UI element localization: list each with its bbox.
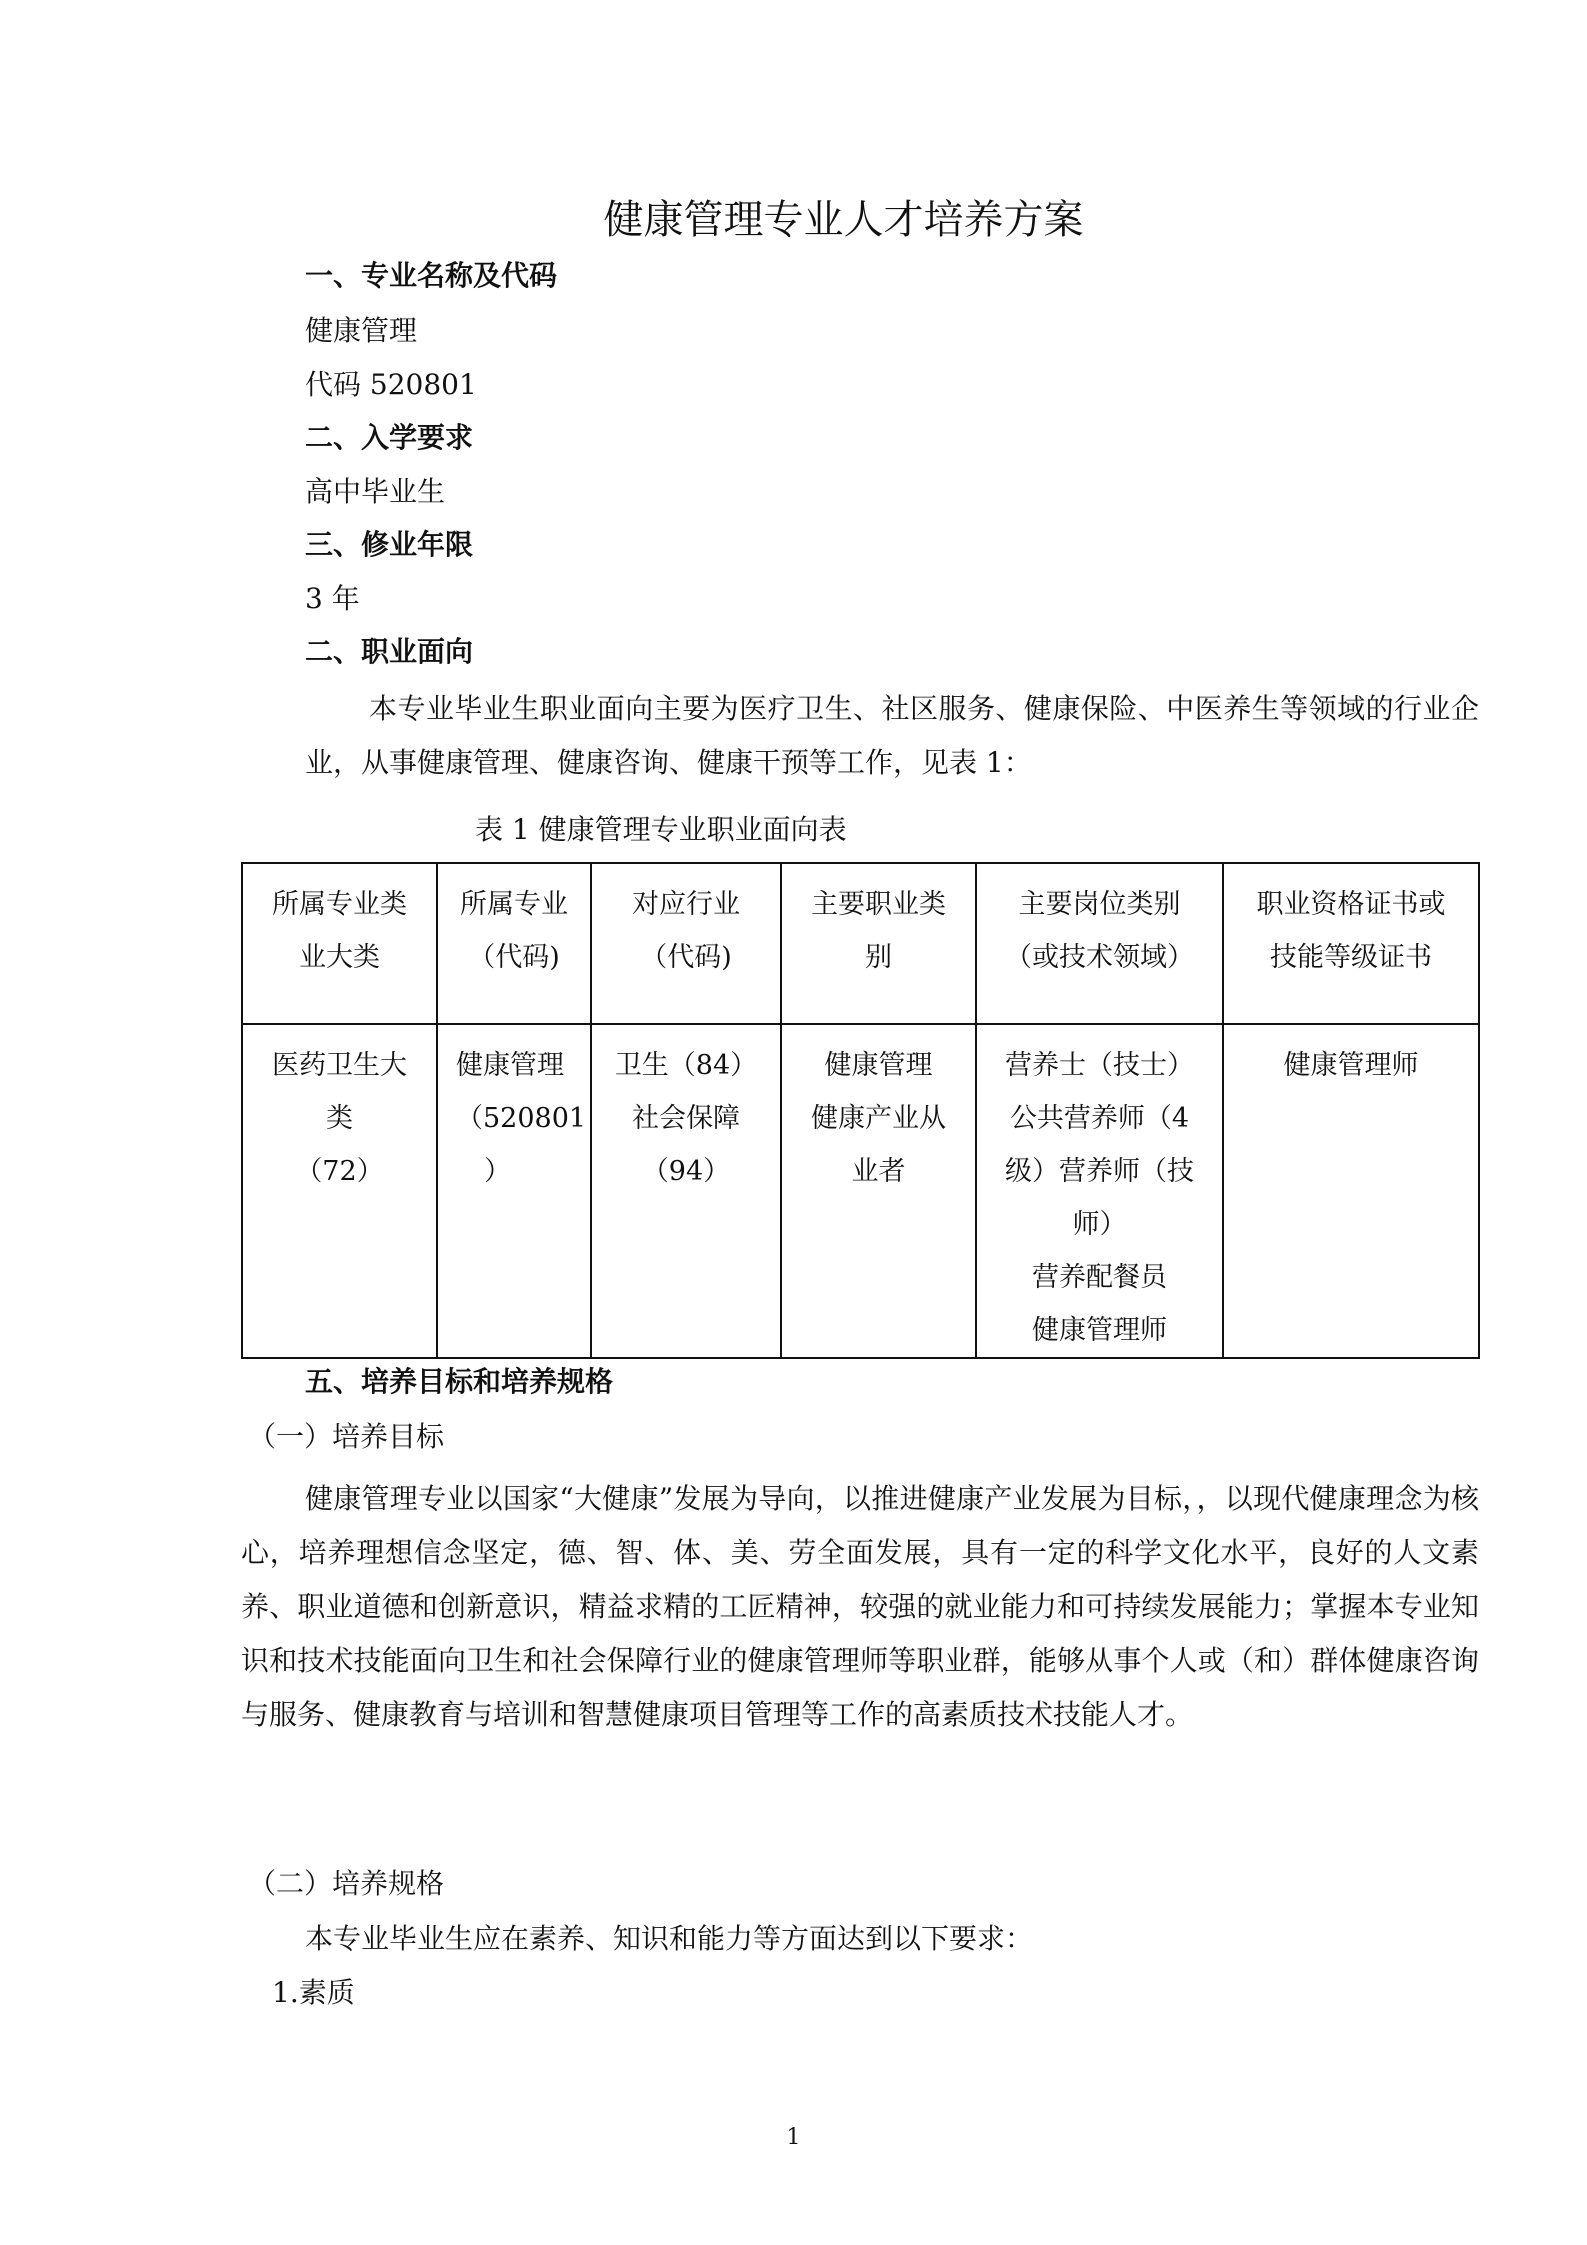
subsection-training-spec: （二）培养规格 xyxy=(248,1866,444,1902)
major-name: 健康管理 xyxy=(305,313,417,349)
header-cell: 职业资格证书或技能等级证书 xyxy=(1223,863,1479,1024)
table-cell-positions: 营养士（技士）公共营养师（4级）营养师（技师）营养配餐员健康管理师 xyxy=(976,1024,1223,1358)
section-4-heading: 二、职业面向 xyxy=(305,634,473,670)
header-cell: 主要岗位类别（或技术领域） xyxy=(976,863,1223,1024)
section-5-heading: 五、培养目标和培养规格 xyxy=(305,1364,613,1400)
table-caption: 表 1 健康管理专业职业面向表 xyxy=(475,812,847,848)
admission-requirement: 高中毕业生 xyxy=(305,474,445,510)
header-cell: 所属专业类业大类 xyxy=(242,863,437,1024)
table-cell-certificate: 健康管理师 xyxy=(1223,1024,1479,1358)
table-header-row: 所属专业类业大类 所属专业（代码) 对应行业（代码) 主要职业类别 主要岗位类别… xyxy=(242,863,1479,1024)
training-goal-paragraph: 健康管理专业以国家“大健康”发展为导向，以推进健康产业发展为目标，，以现代健康理… xyxy=(241,1472,1479,1742)
career-orientation-table: 所属专业类业大类 所属专业（代码) 对应行业（代码) 主要职业类别 主要岗位类别… xyxy=(241,862,1480,1359)
career-orientation-text: 本专业毕业生职业面向主要为医疗卫生、社区服务、健康保险、中医养生等领域的行业企业… xyxy=(305,692,1479,779)
item-quality: 1.素质 xyxy=(272,1975,355,2011)
table-cell-category: 医药卫生大类（72） xyxy=(242,1024,437,1358)
header-cell: 对应行业（代码) xyxy=(591,863,781,1024)
table-row: 医药卫生大类（72） 健康管理（520801） 卫生（84）社会保障（94） 健… xyxy=(242,1024,1479,1358)
page-number: 1 xyxy=(0,2125,1587,2150)
header-cell: 主要职业类别 xyxy=(781,863,976,1024)
career-orientation-paragraph: 本专业毕业生职业面向主要为医疗卫生、社区服务、健康保险、中医养生等领域的行业企业… xyxy=(305,682,1479,790)
section-2-heading: 二、入学要求 xyxy=(305,420,473,456)
section-1-heading: 一、专业名称及代码 xyxy=(305,258,557,294)
major-code: 代码 520801 xyxy=(305,367,477,403)
header-cell: 所属专业（代码) xyxy=(437,863,591,1024)
section-3-heading: 三、修业年限 xyxy=(305,527,473,563)
study-duration: 3 年 xyxy=(305,581,360,617)
table-cell-industry: 卫生（84）社会保障（94） xyxy=(591,1024,781,1358)
table-cell-occupation: 健康管理健康产业从业者 xyxy=(781,1024,976,1358)
table-cell-major: 健康管理（520801） xyxy=(437,1024,591,1358)
subsection-training-goal: （一）培养目标 xyxy=(248,1419,444,1455)
document-title: 健康管理专业人才培养方案 xyxy=(0,196,1587,244)
training-goal-text: 健康管理专业以国家“大健康”发展为导向，以推进健康产业发展为目标，，以现代健康理… xyxy=(241,1482,1479,1731)
training-spec-intro: 本专业毕业生应在素养、知识和能力等方面达到以下要求： xyxy=(305,1921,1033,1957)
